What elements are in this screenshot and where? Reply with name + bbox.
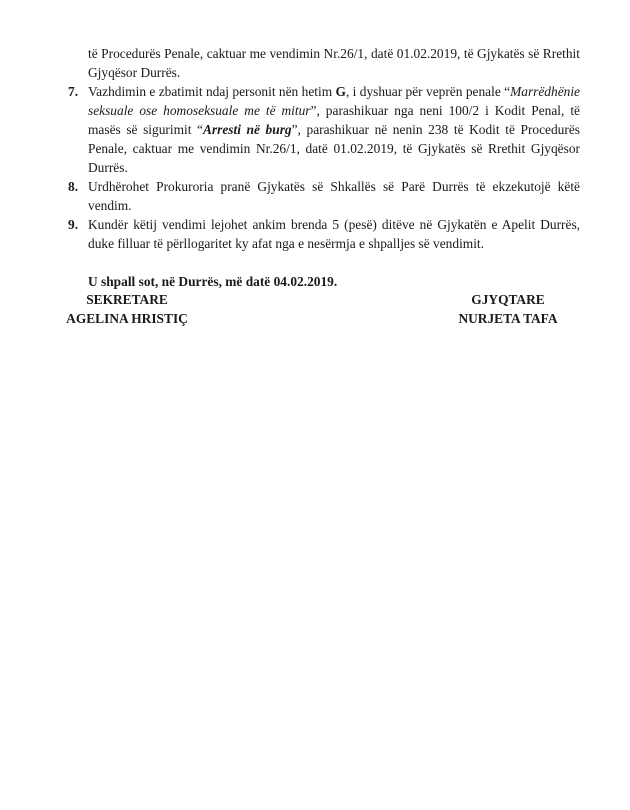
document-body: të Procedurës Penale, caktuar me vendimi… <box>68 44 580 291</box>
item-number: 9. <box>68 215 78 234</box>
list-item-7: 7. Vazhdimin e zbatimit ndaj personit në… <box>68 82 580 177</box>
secretary-name: AGELINA HRISTIÇ <box>47 309 207 328</box>
judge-name: NURJETA TAFA <box>428 309 588 328</box>
judge-role: GJYQTARE <box>428 290 588 309</box>
item-text: Kundër këtij vendimi lejohet ankim brend… <box>88 215 580 253</box>
continuation-paragraph: të Procedurës Penale, caktuar me vendimi… <box>88 44 580 82</box>
judge-signature: GJYQTARE NURJETA TAFA <box>428 290 588 328</box>
item-text: Vazhdimin e zbatimit ndaj personit nën h… <box>88 82 580 177</box>
item-number: 8. <box>68 177 78 196</box>
announcement: U shpall sot, në Durrës, më datë 04.02.2… <box>88 272 580 291</box>
list-item-8: 8. Urdhërohet Prokuroria pranë Gjykatës … <box>68 177 580 215</box>
document-page: të Procedurës Penale, caktuar me vendimi… <box>0 0 630 810</box>
security-measure: Arresti në burg <box>203 122 292 137</box>
secretary-role: SEKRETARE <box>47 290 207 309</box>
list-item-9: 9. Kundër këtij vendimi lejohet ankim br… <box>68 215 580 253</box>
item-text-part: , i dyshuar për veprën penale “ <box>346 84 510 99</box>
item-text-part: Vazhdimin e zbatimit ndaj personit nën h… <box>88 84 336 99</box>
suspect-initial: G <box>336 84 346 99</box>
item-number: 7. <box>68 82 78 101</box>
secretary-signature: SEKRETARE AGELINA HRISTIÇ <box>47 290 207 328</box>
item-text: Urdhërohet Prokuroria pranë Gjykatës së … <box>88 177 580 215</box>
